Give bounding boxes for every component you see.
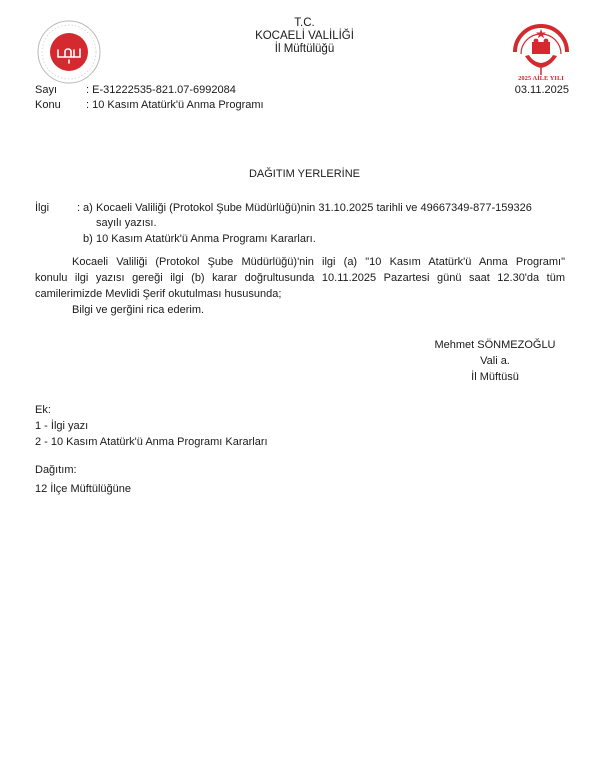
ilgi-a-line1: Kocaeli Valiliği (Protokol Şube Müdürlüğ… — [96, 202, 532, 214]
closing-sentence: Bilgi ve gerğini rica ederim. — [72, 302, 602, 318]
ilgi-b-line1: 10 Kasım Atatürk'ü Anma Programı Kararla… — [96, 233, 316, 245]
ilgi-colon: : — [77, 202, 80, 214]
distribution-label: Dağıtım: — [35, 462, 77, 478]
body-paragraph-line1: Kocaeli Valiliği (Protokol Şube Müdürlüğ… — [72, 254, 565, 270]
sayi-label: Sayı — [35, 84, 57, 96]
ilgi-a-line2: sayılı yazısı. — [96, 217, 157, 229]
konu-label: Konu — [35, 99, 61, 111]
aile-yili-logo-icon: 2025 AİLE YILI — [505, 20, 577, 84]
konu-value: : 10 Kasım Atatürk'ü Anma Programı — [86, 99, 264, 111]
document-title: DAĞITIM YERLERİNE — [0, 168, 609, 180]
attachment-item: 2 - 10 Kasım Atatürk'ü Anma Programı Kar… — [35, 434, 268, 450]
ilgi-label: İlgi — [35, 202, 49, 214]
signatory-title-1: Vali a. — [420, 353, 570, 369]
aile-yili-caption: 2025 AİLE YILI — [505, 75, 577, 82]
ilgi-a-marker: a) — [83, 202, 93, 214]
sayi-value: : E-31222535-821.07-6992084 — [86, 84, 236, 96]
body-paragraph-line3: camilerimizde Mevlidi Şerif okutulması h… — [35, 286, 565, 302]
body-paragraph-line2: konulu ilgi yazısı gereği ilgi (b) karar… — [35, 270, 565, 286]
signatory-title-2: İl Müftüsü — [420, 369, 570, 385]
attachments-label: Ek: — [35, 402, 51, 418]
ilgi-b-marker: b) — [83, 233, 93, 245]
distribution-item: 12 İlçe Müftülüğüne — [35, 481, 131, 497]
document-date: 03.11.2025 — [515, 84, 569, 96]
signatory-name: Mehmet SÖNMEZOĞLU — [420, 337, 570, 353]
attachment-item: 1 - İlgi yazı — [35, 418, 88, 434]
